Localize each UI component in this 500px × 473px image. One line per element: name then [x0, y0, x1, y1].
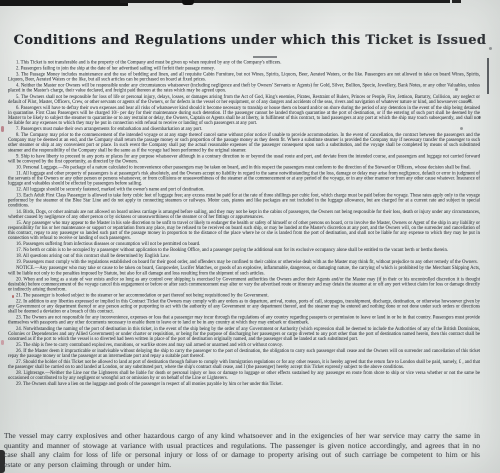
condition-clause: 10. Personal Luggage.—No package of a na…: [8, 165, 480, 170]
condition-clause: 5. The Owners shall not be responsible f…: [8, 94, 480, 104]
condition-clause: 8. The Company may prior to the commence…: [8, 133, 480, 153]
condition-clause: 13. Each Adult First Class Passenger is …: [8, 193, 480, 208]
conditions-text-block: 1. This Ticket is not transferable and i…: [8, 60, 482, 432]
condition-clause: 17. No berth or cabin is to be occupied …: [8, 248, 480, 253]
condition-clause: 18. All questions arising out of this co…: [8, 254, 480, 259]
condition-clause: 24. Notwithstanding the naming of the po…: [8, 326, 480, 341]
condition-clause: 6. Passengers will have to defray their …: [8, 105, 480, 125]
condition-clause: 23. The Owners are not responsible for a…: [8, 315, 480, 325]
condition-clause: 3. The Passage Money includes maintenanc…: [8, 72, 480, 82]
scan-artifact-top-right-mark: [452, 0, 461, 3]
scan-artifact-right-edge-line: [487, 58, 489, 94]
condition-clause: 7. Passengers must make their own arrang…: [8, 127, 480, 132]
scan-artifact-top-bar-right: [120, 0, 450, 3]
condition-clause: 26. If the Master deem it impracticable …: [8, 348, 480, 358]
condition-clause: 14. Birds, Dogs, or other animals are no…: [8, 209, 480, 219]
condition-clause: 15. Any passenger who may appear to the …: [8, 220, 480, 240]
condition-clause: 21. The passenger is booked subject to t…: [8, 293, 480, 298]
condition-clause: 29. The Owners shall have a lien on the …: [8, 382, 480, 387]
condition-clause: 11. All luggage and other property of pa…: [8, 171, 480, 186]
condition-clause: 1. This Ticket is not transferable and i…: [8, 60, 480, 65]
condition-clause: NOTICE.—Any passenger who may take or ca…: [8, 266, 480, 276]
pink-ink-speck: [1, 340, 4, 345]
condition-clause: 19. Passengers must comply with the regu…: [8, 260, 480, 265]
condition-clause: 16. Passengers suffering from infectious…: [8, 242, 480, 247]
condition-clause: 4. Neither the Master nor Owners will be…: [8, 83, 480, 93]
condition-clause: 28. Lighterage.—Neither the Line nor the…: [8, 371, 480, 381]
scan-artifact-top-blob: [182, 0, 194, 5]
title-underline-smudge: [253, 56, 277, 58]
condition-clause: 2. Passengers failing to join the ship a…: [8, 66, 480, 71]
condition-clause: 27. Should the holder of this Ticket not…: [8, 360, 480, 370]
page-title: Conditions and Regulations under which t…: [10, 33, 490, 48]
condition-clause: 25. The ship is free to carry contraband…: [8, 342, 480, 347]
condition-clause: 12. All luggage should be securely faste…: [8, 187, 480, 192]
condition-clause: 9. Ship to have liberty to proceed to an…: [8, 154, 480, 164]
red-ink-speck: [1, 126, 4, 132]
scan-speck: [489, 47, 492, 50]
conditions-list: 1. This Ticket is not transferable and i…: [8, 60, 480, 387]
war-carriage-notice: The vessel may carry explosives and othe…: [4, 431, 480, 470]
condition-clause: 20. When and so long as a state of war e…: [8, 277, 480, 292]
scan-artifact-top-bar-left: [0, 0, 128, 6]
condition-clause: 22. In addition to any liberties express…: [8, 299, 480, 314]
ticket-conditions-page: Conditions and Regulations under which t…: [0, 0, 500, 473]
